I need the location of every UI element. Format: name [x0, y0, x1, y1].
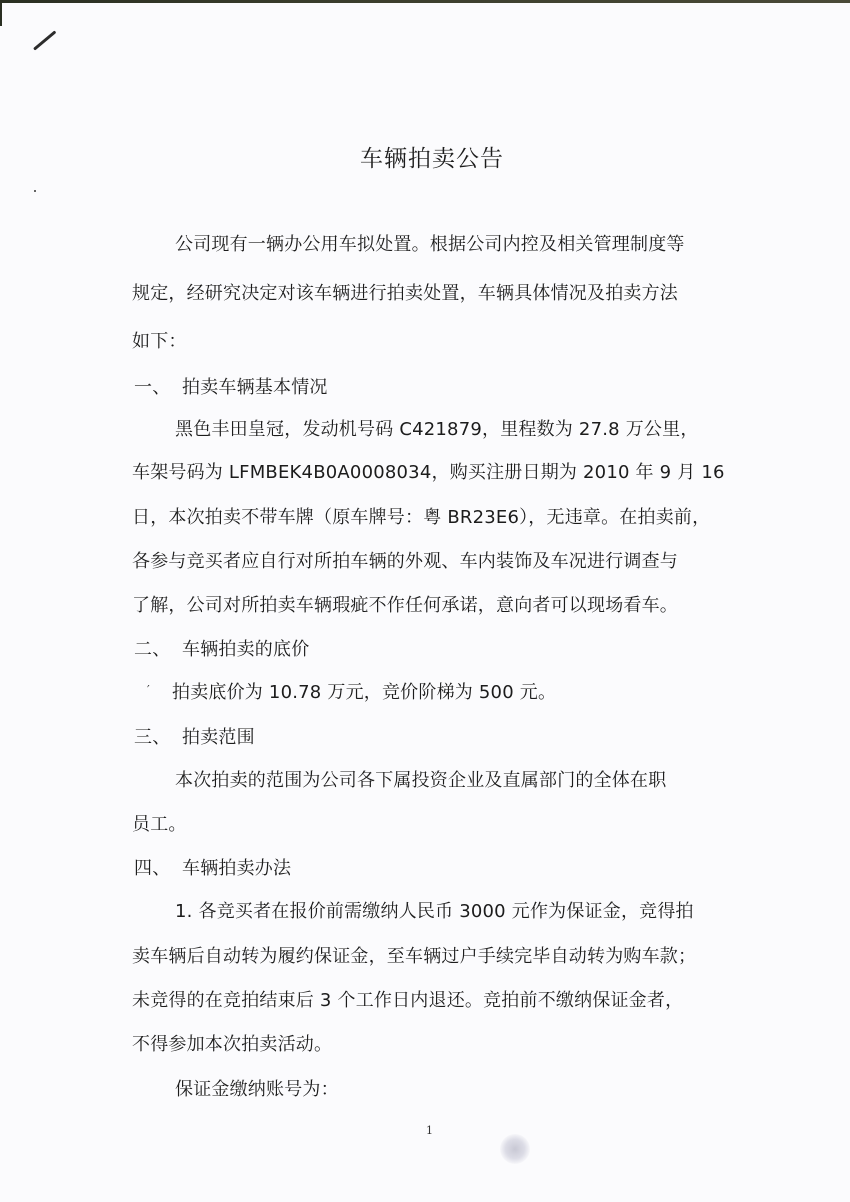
section-title: 车辆拍卖的底价 [182, 639, 309, 660]
dust-dot [34, 190, 36, 192]
ink-smudge [500, 1134, 530, 1164]
intro-line: 公司现有一辆办公用车拟处置。根据公司内控及相关管理制度等 [175, 230, 685, 256]
body-line: 各参与竞买者应自行对所拍车辆的外观、车内装饰及车况进行调查与 [132, 547, 678, 573]
section-number: 四、 [134, 854, 182, 880]
document-title: 车辆拍卖公告 [132, 140, 732, 173]
body-line: 拍卖底价为 10.78 万元，竞价阶梯为 500 元。 [172, 678, 556, 704]
section-number: 二、 [134, 635, 182, 661]
section-number: 三、 [134, 723, 182, 749]
body-line: 黑色丰田皇冠，发动机号码 C421879，里程数为 27.8 万公里， [175, 415, 699, 441]
section-number: 一、 [134, 373, 182, 399]
body-line: 保证金缴纳账号为： [175, 1075, 339, 1101]
body-line: 了解，公司对所拍卖车辆瑕疵不作任何承诺，意向者可以现场看车。 [132, 591, 678, 617]
pen-tick-mark: ′ [147, 683, 150, 697]
body-line: 卖车辆后自动转为履约保证金，至车辆过户手续完毕自动转为购车款； [132, 942, 696, 968]
body-line: 日，本次拍卖不带车牌（原车牌号：粤 BR23E6），无违章。在拍卖前， [132, 503, 710, 529]
section-heading-2: 二、车辆拍卖的底价 [134, 635, 309, 661]
section-title: 拍卖范围 [182, 727, 255, 748]
body-line: 员工。 [132, 810, 187, 836]
body-line: 本次拍卖的范围为公司各下属投资企业及直属部门的全体在职 [175, 766, 666, 792]
body-line: 未竞得的在竞拍结束后 3 个工作日内退还。竞拍前不缴纳保证金者， [132, 986, 683, 1012]
intro-line: 如下： [132, 327, 187, 353]
body-line: 车架号码为 LFMBEK4B0A0008034，购买注册日期为 2010 年 9… [132, 458, 725, 484]
body-line: 1. 各竞买者在报价前需缴纳人民币 3000 元作为保证金，竞得拍 [175, 897, 694, 923]
scan-edge-top [0, 0, 850, 3]
section-heading-4: 四、车辆拍卖办法 [134, 854, 291, 880]
section-title: 车辆拍卖办法 [182, 858, 291, 879]
section-heading-1: 一、拍卖车辆基本情况 [134, 373, 328, 399]
pen-mark [33, 30, 56, 50]
body-line: 不得参加本次拍卖活动。 [132, 1030, 332, 1056]
page-number: 1 [426, 1124, 433, 1137]
section-title: 拍卖车辆基本情况 [182, 377, 328, 398]
intro-line: 规定，经研究决定对该车辆进行拍卖处置，车辆具体情况及拍卖方法 [132, 279, 678, 305]
section-heading-3: 三、拍卖范围 [134, 723, 255, 749]
scan-edge-left [0, 0, 2, 26]
